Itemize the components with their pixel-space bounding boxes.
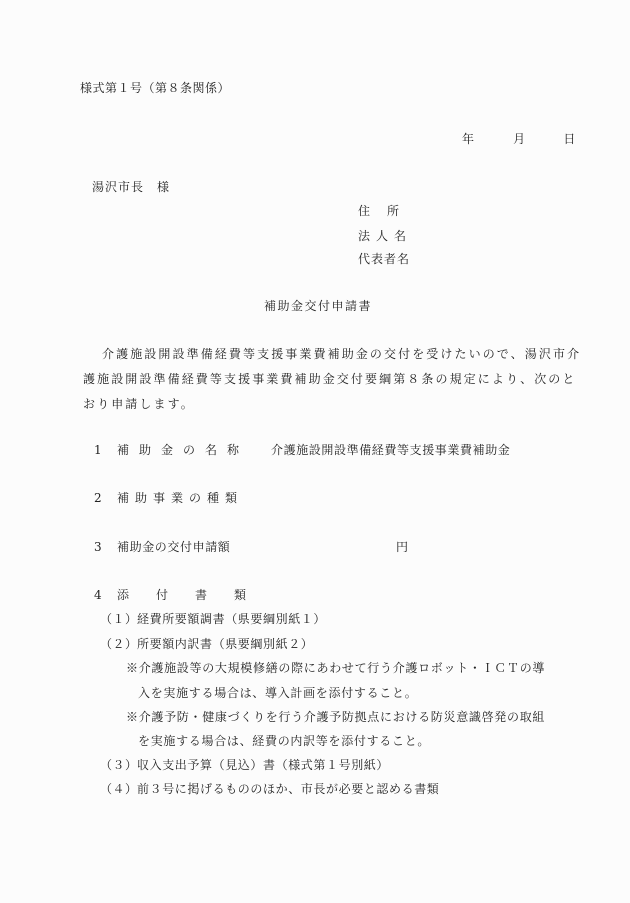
representative-name-label: 代表者名 <box>358 251 410 267</box>
item-3-yen-unit: 円 <box>396 539 409 555</box>
item-3-label: 補助金の交付申請額 <box>117 539 230 555</box>
date-year-label: 年 <box>462 131 475 147</box>
addressee: 湯沢市長 様 <box>92 179 170 195</box>
corporation-name-label: 法人名 <box>358 228 412 244</box>
form-number: 様式第１号（第８条関係） <box>80 80 230 96</box>
intro-line-2: 護施設開設準備経費等支援事業費補助金交付要綱第８条の規定により、次のと <box>83 371 577 387</box>
attachment-3-text: 収入支出予算（見込）書（様式第１号別紙） <box>137 757 389 773</box>
attachment-2-text: 所要額内訳書（県要綱別紙２） <box>137 636 313 652</box>
item-1-number: 1 <box>94 442 102 458</box>
item-2-label: 補助事業の種類 <box>117 490 243 506</box>
attachment-1-text: 経費所要額調書（県要綱別紙１） <box>137 611 326 627</box>
item-4-number: 4 <box>94 587 102 603</box>
attachment-1-number: （１） <box>100 611 138 627</box>
note-2-line-2: を実施する場合は、経費の内訳等を添付すること。 <box>138 733 430 749</box>
note-1-line-1: ※介護施設等の大規模修繕の際にあわせて行う介護ロボット・ＩＣＴの導 <box>126 660 545 676</box>
intro-line-1: 介護施設開設準備経費等支援事業費補助金の交付を受けたいので、湯沢市介 <box>102 346 581 362</box>
date-month-label: 月 <box>513 131 526 147</box>
date-day-label: 日 <box>563 131 576 147</box>
note-1-line-2: 入を実施する場合は、導入計画を添付すること。 <box>138 685 417 701</box>
attachment-2-number: （２） <box>100 636 138 652</box>
date-line: 年 月 日 <box>462 131 576 147</box>
attachment-4-number: （４） <box>100 781 138 797</box>
item-4-label: 添付書類 <box>117 587 273 603</box>
item-3-number: 3 <box>94 539 102 555</box>
item-2-number: 2 <box>94 490 102 506</box>
item-1-value: 介護施設開設準備経費等支援事業費補助金 <box>271 442 510 458</box>
item-1-label: 補助金の名称 <box>117 442 249 458</box>
address-label: 住所 <box>358 203 416 219</box>
attachment-4-text: 前３号に掲げるもののほか、市長が必要と認める書類 <box>137 781 439 797</box>
attachment-3-number: （３） <box>100 757 138 773</box>
document-title: 補助金交付申請書 <box>264 298 372 314</box>
intro-line-3: おり申請します。 <box>83 396 195 412</box>
note-2-line-1: ※介護予防・健康づくりを行う介護予防拠点における防災意識啓発の取組 <box>126 709 545 725</box>
